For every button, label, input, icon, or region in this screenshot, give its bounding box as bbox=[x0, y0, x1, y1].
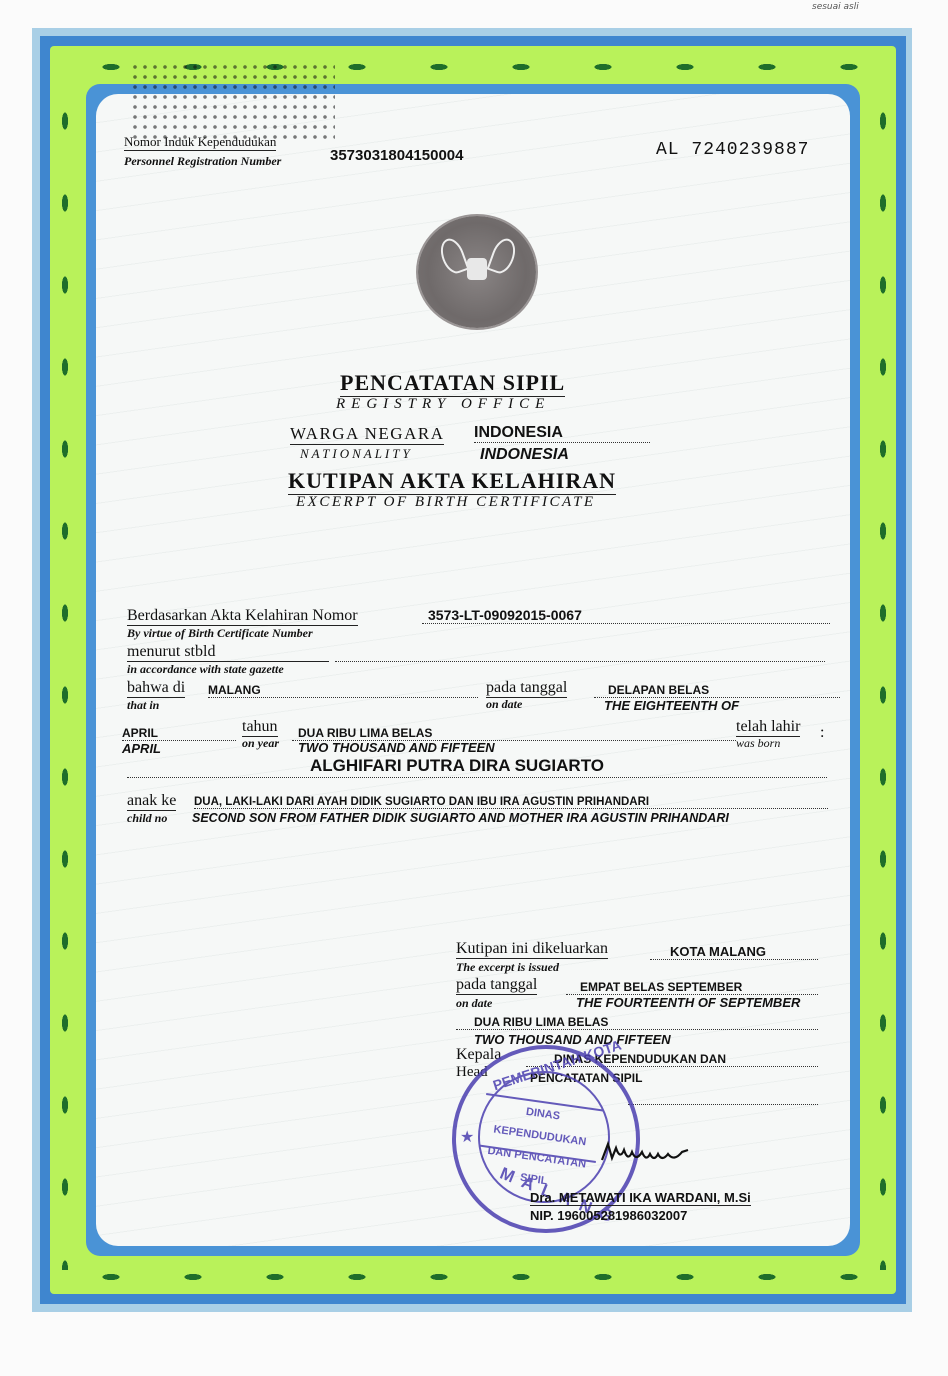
issue-date-label-en: on date bbox=[456, 996, 492, 1011]
child-no-label-en: child no bbox=[127, 811, 167, 826]
born-colon: : bbox=[820, 724, 824, 742]
child-name: ALGHIFARI PUTRA DIRA SUGIARTO bbox=[310, 756, 604, 775]
serial-number: AL 7240239887 bbox=[656, 140, 809, 160]
year-label-id: tahun bbox=[242, 718, 278, 737]
border-ornament-right bbox=[876, 80, 890, 1270]
cert-number-value: 3573-LT-09092015-0067 bbox=[422, 607, 830, 624]
birth-year-value-en: TWO THOUSAND AND FIFTEEN bbox=[298, 740, 495, 755]
border-ornament-bottom bbox=[70, 1270, 876, 1284]
birth-date-value-id: DELAPAN BELAS bbox=[594, 683, 840, 698]
official-name: Dra. METAWATI IKA WARDANI, M.Si bbox=[530, 1190, 751, 1206]
place-label-en: that in bbox=[127, 698, 159, 713]
office-line-3 bbox=[628, 1103, 818, 1105]
birth-year-value-id: DUA RIBU LIMA BELAS bbox=[292, 726, 736, 741]
nationality-label-en: NATIONALITY bbox=[300, 446, 413, 462]
child-no-value-id: DUA, LAKI-LAKI DARI AYAH DIDIK SUGIARTO … bbox=[194, 796, 828, 809]
nik-label-en: Personnel Registration Number bbox=[124, 154, 281, 169]
official-nip: NIP. 196005281986032007 bbox=[530, 1208, 687, 1223]
document-title-en: EXCERPT OF BIRTH CERTIFICATE bbox=[296, 494, 596, 511]
child-no-label-id: anak ke bbox=[127, 792, 176, 811]
document-title-id: KUTIPAN AKTA KELAHIRAN bbox=[288, 468, 616, 495]
issue-date-value-en: THE FOURTEENTH OF SEPTEMBER bbox=[576, 995, 800, 1010]
signature-mark bbox=[600, 1140, 690, 1166]
nationality-value-id: INDONESIA bbox=[474, 424, 650, 443]
birth-month-value-id: APRIL bbox=[122, 726, 236, 741]
issue-year-value-id: DUA RIBU LIMA BELAS bbox=[456, 1015, 818, 1030]
issued-label-en: The excerpt is issued bbox=[456, 960, 559, 975]
issue-date-label-id: pada tanggal bbox=[456, 976, 537, 995]
child-name-line: ALGHIFARI PUTRA DIRA SUGIARTO bbox=[127, 756, 827, 778]
nik-label-id: Nomor Induk Kependudukan bbox=[124, 134, 276, 151]
handwritten-note: sesuai asli bbox=[812, 2, 859, 12]
birth-month-value-en: APRIL bbox=[122, 741, 161, 756]
issue-year-value-en: TWO THOUSAND AND FIFTEEN bbox=[474, 1032, 671, 1047]
cert-number-label-en: By virtue of Birth Certificate Number bbox=[127, 626, 313, 641]
border-ornament-left bbox=[58, 80, 72, 1270]
office-title-en: REGISTRY OFFICE bbox=[336, 396, 550, 413]
nationality-value-en: INDONESIA bbox=[480, 446, 569, 464]
child-no-value-en: SECOND SON FROM FATHER DIDIK SUGIARTO AN… bbox=[192, 811, 729, 825]
year-label-en: on year bbox=[242, 736, 279, 751]
birth-date-value-en: THE EIGHTEENTH OF bbox=[604, 698, 739, 713]
issue-date-value-id: EMPAT BELAS SEPTEMBER bbox=[566, 980, 818, 995]
issued-label-id: Kutipan ini dikeluarkan bbox=[456, 940, 608, 959]
stbld-value-line bbox=[335, 660, 825, 662]
cert-number-label-id: Berdasarkan Akta Kelahiran Nomor bbox=[127, 607, 358, 626]
birth-date-label-en: on date bbox=[486, 697, 522, 712]
born-label-id: telah lahir bbox=[736, 718, 800, 737]
office-title-id: PENCATATAN SIPIL bbox=[340, 370, 565, 397]
issued-place-value: KOTA MALANG bbox=[650, 944, 818, 960]
place-value: MALANG bbox=[208, 683, 478, 698]
nik-value: 3573031804150004 bbox=[330, 147, 463, 164]
nationality-label-id: WARGA NEGARA bbox=[290, 424, 444, 445]
birth-date-label-id: pada tanggal bbox=[486, 679, 567, 698]
stbld-label-id: menurut stbld bbox=[127, 643, 329, 662]
born-label-en: was born bbox=[736, 736, 780, 751]
perforation-mark bbox=[130, 62, 335, 142]
garuda-emblem-icon bbox=[418, 216, 536, 328]
place-label-id: bahwa di bbox=[127, 679, 185, 698]
stbld-label-en: in accordance with state gazette bbox=[127, 662, 284, 677]
stamp-star-icon: ★ bbox=[460, 1127, 474, 1147]
